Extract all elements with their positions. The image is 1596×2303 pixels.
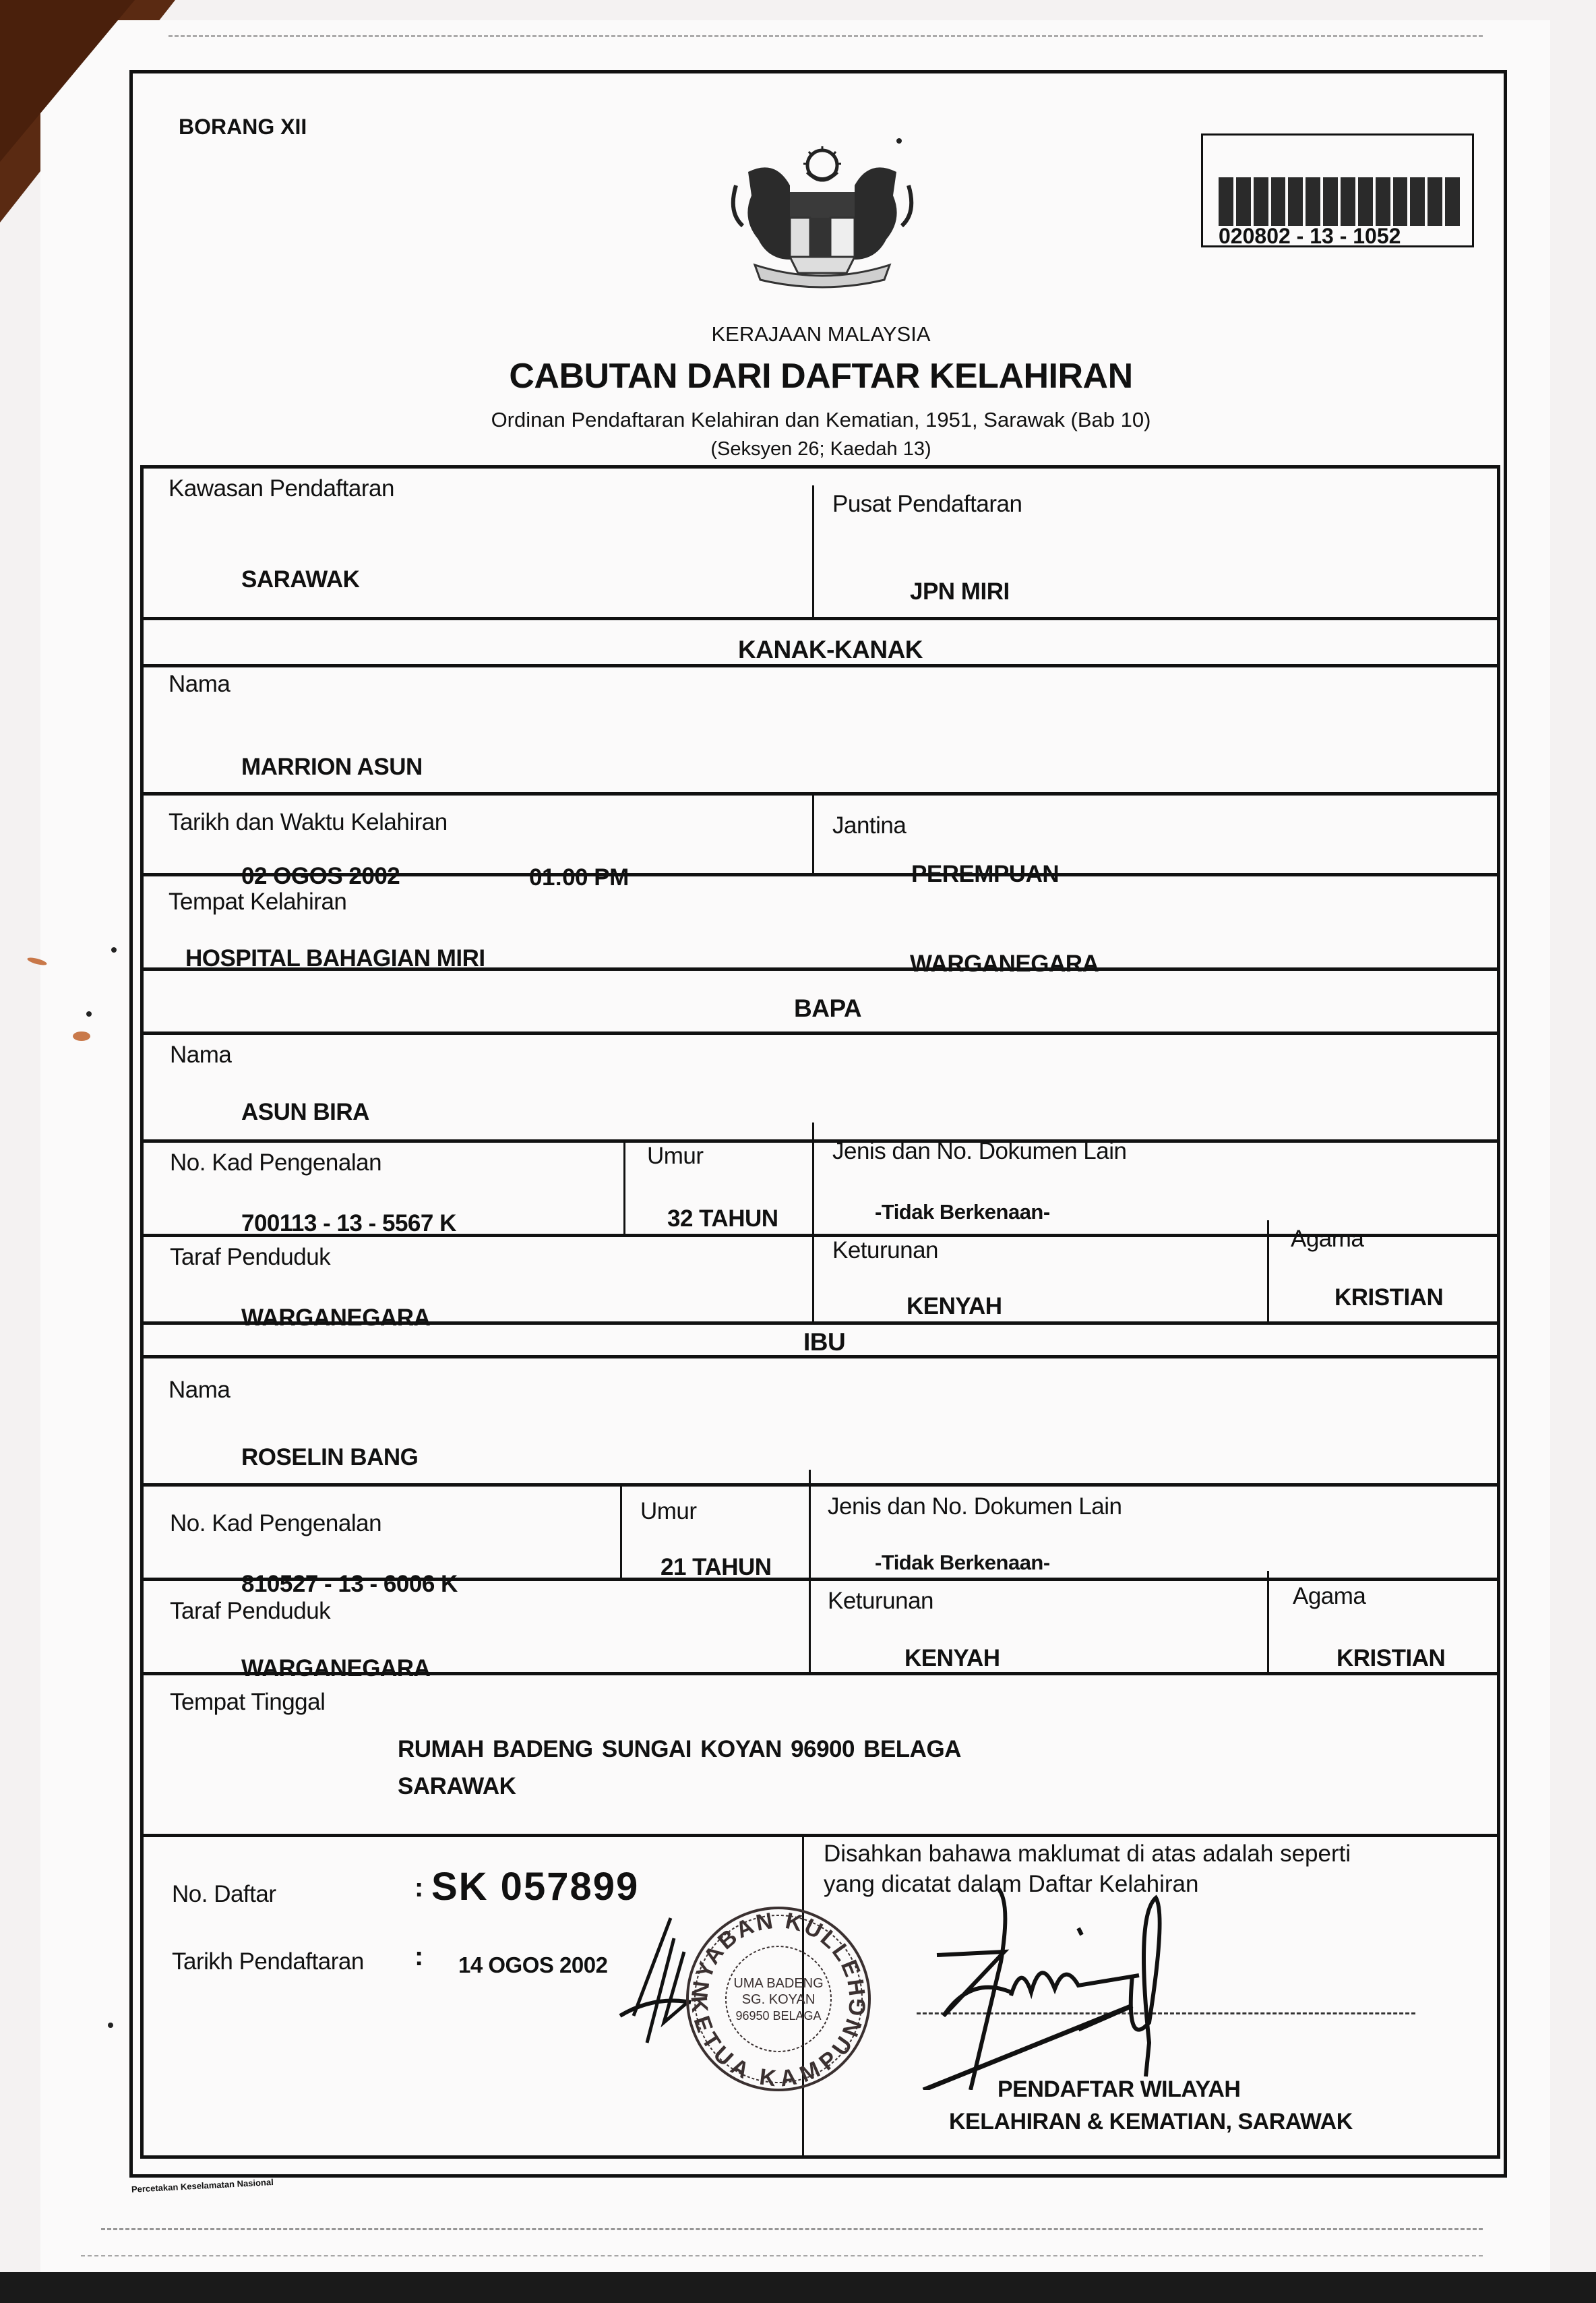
father-ic-label: No. Kad Pengenalan (170, 1149, 381, 1176)
registrar-signature-icon (910, 1874, 1281, 2090)
serial-number: 020802 - 13 - 1052 (1219, 224, 1401, 249)
gender-label: Jantina (832, 812, 906, 839)
reg-date-separator: : (415, 1942, 423, 1972)
scan-edge-line (168, 35, 1483, 37)
mother-name-label: Nama (168, 1377, 230, 1404)
father-religion-label: Agama (1291, 1226, 1363, 1253)
column-divider (620, 1483, 622, 1578)
speck (896, 138, 902, 144)
registrar-title-2: KELAHIRAN & KEMATIAN, SARAWAK (949, 2109, 1353, 2135)
reg-date-value: 14 OGOS 2002 (458, 1952, 607, 1978)
column-divider (809, 1470, 811, 1672)
reg-no-value: SK 057899 (431, 1864, 639, 1909)
column-divider (1267, 1220, 1269, 1321)
father-name-value: ASUN BIRA (241, 1099, 369, 1126)
mother-other-doc-label: Jenis dan No. Dokumen Lain (828, 1493, 1122, 1520)
mother-ethnicity-value: KENYAH (904, 1645, 1000, 1672)
document-title: CABUTAN DARI DAFTAR KELAHIRAN (0, 356, 1596, 396)
mother-residency-value: WARGANEGARA (241, 1655, 430, 1682)
area-label: Kawasan Pendaftaran (168, 475, 394, 502)
row-divider (140, 1031, 1500, 1035)
malaysia-coat-of-arms-icon (728, 145, 917, 290)
stamp-inner-1: UMA BADENG (733, 1976, 823, 1991)
village-head-stamp-icon: NYABAN KULLEH KETUA KAMPUNG UMA BADENG S… (681, 1901, 876, 2097)
birth-datetime-label: Tarikh dan Waktu Kelahiran (168, 809, 448, 836)
father-residency-value: WARGANEGARA (241, 1305, 430, 1332)
issuer: KERAJAAN MALAYSIA (0, 322, 1596, 347)
barcode-icon (1219, 177, 1460, 226)
background-corner (0, 0, 135, 162)
mother-religion-label: Agama (1293, 1583, 1365, 1610)
father-religion-value: KRISTIAN (1334, 1284, 1443, 1311)
mother-name-value: ROSELIN BANG (241, 1444, 418, 1471)
mother-age-label: Umur (640, 1498, 697, 1525)
ordinance-reference: Ordinan Pendaftaran Kelahiran dan Kemati… (0, 408, 1596, 432)
father-ethnicity-label: Keturunan (832, 1237, 938, 1264)
stamp-inner-2: SG. KOYAN (742, 1992, 816, 2007)
row-divider (140, 1139, 1500, 1143)
row-divider (140, 664, 1500, 667)
speck (108, 2023, 113, 2028)
father-age-value: 32 TAHUN (667, 1205, 778, 1232)
reg-date-label: Tarikh Pendaftaran (172, 1948, 364, 1975)
mother-religion-value: KRISTIAN (1337, 1645, 1445, 1672)
section-reference: (Seksyen 26; Kaedah 13) (0, 438, 1596, 460)
mother-ethnicity-label: Keturunan (828, 1588, 933, 1615)
birthplace-label: Tempat Kelahiran (168, 889, 346, 916)
centre-label: Pusat Pendaftaran (832, 491, 1022, 518)
row-divider (140, 617, 1500, 620)
column-divider (1267, 1571, 1269, 1672)
form-code: BORANG XII (179, 115, 307, 140)
speck (111, 947, 117, 953)
certification-line-1: Disahkan bahawa maklumat di atas adalah … (824, 1841, 1351, 1867)
mother-other-doc-value: -Tidak Berkenaan- (875, 1551, 1050, 1575)
section-child: KANAK-KANAK (738, 636, 923, 664)
father-ethnicity-value: KENYAH (907, 1293, 1002, 1320)
mother-ic-value: 810527 - 13 - 6006 K (241, 1571, 458, 1598)
row-divider (140, 1834, 1500, 1837)
father-residency-label: Taraf Penduduk (170, 1244, 330, 1271)
scan-edge-line (101, 2228, 1483, 2230)
column-divider (812, 792, 814, 873)
column-divider (623, 1139, 625, 1234)
rust-stain (73, 1031, 90, 1041)
child-citizenship-value: WARGANEGARA (910, 951, 1099, 978)
father-other-doc-value: -Tidak Berkenaan- (875, 1200, 1050, 1224)
gender-value: PEREMPUAN (911, 861, 1059, 888)
father-name-label: Nama (170, 1042, 231, 1069)
reg-no-label: No. Daftar (172, 1881, 276, 1908)
child-name-label: Nama (168, 671, 230, 698)
scan-edge-line (81, 2255, 1483, 2256)
section-father: BAPA (794, 994, 861, 1023)
speck (86, 1011, 92, 1017)
mother-ic-label: No. Kad Pengenalan (170, 1510, 381, 1537)
birth-time-value: 01:00 PM (529, 864, 629, 891)
row-divider (140, 792, 1500, 796)
mother-residency-label: Taraf Penduduk (170, 1598, 330, 1625)
background-surface (0, 2272, 1596, 2303)
mother-age-value: 21 TAHUN (661, 1554, 772, 1581)
row-divider (140, 465, 1500, 469)
birthplace-value: HOSPITAL BAHAGIAN MIRI (185, 945, 485, 972)
registrar-title-1: PENDAFTAR WILAYAH (997, 2076, 1241, 2103)
birth-date-value: 02 OGOS 2002 (241, 863, 400, 890)
reg-no-separator: : (415, 1873, 423, 1903)
residence-line-1: RUMAH BADENG SUNGAI KOYAN 96900 BELAGA (398, 1736, 961, 1763)
father-ic-value: 700113 - 13 - 5567 K (241, 1210, 456, 1237)
residence-line-2: SARAWAK (398, 1773, 516, 1800)
father-age-label: Umur (647, 1143, 704, 1170)
centre-value: JPN MIRI (910, 578, 1010, 605)
row-divider (140, 1483, 1500, 1487)
child-name-value: MARRION ASUN (241, 754, 423, 781)
column-divider (812, 1123, 814, 1321)
area-value: SARAWAK (241, 566, 359, 593)
stamp-inner-3: 96950 BELAGA (735, 2009, 821, 2023)
residence-label: Tempat Tinggal (170, 1689, 325, 1716)
column-divider (812, 485, 814, 617)
father-other-doc-label: Jenis dan No. Dokumen Lain (832, 1138, 1126, 1165)
section-mother: IBU (803, 1328, 845, 1356)
